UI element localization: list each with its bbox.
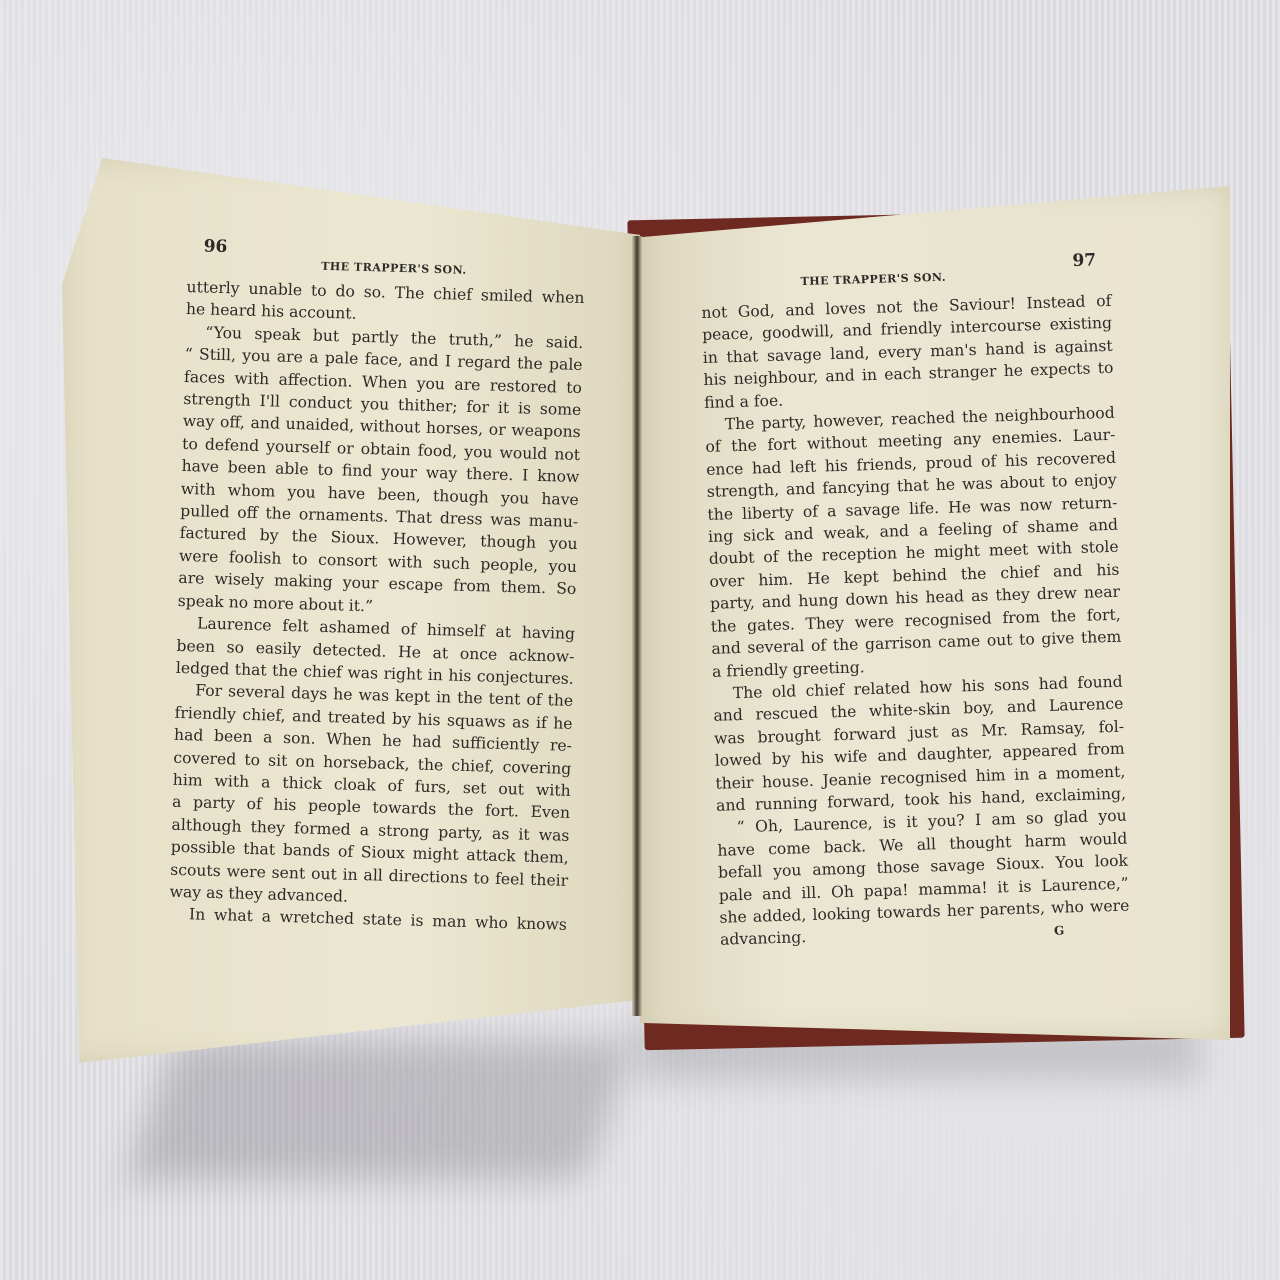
- page-number: 96: [203, 236, 227, 257]
- running-head: THE TRAPPER'S SON.: [321, 260, 467, 277]
- left-page-text: 96 THE TRAPPER'S SON. utterly unable to …: [169, 236, 586, 937]
- right-page-text: THE TRAPPER'S SON. 97 not God, and loves…: [700, 250, 1130, 952]
- running-head: THE TRAPPER'S SON.: [800, 271, 946, 288]
- book-shadow: [125, 1040, 636, 1180]
- book-gutter: [632, 236, 642, 1016]
- page-number: 97: [1072, 250, 1096, 271]
- signature-mark: G: [1054, 923, 1065, 937]
